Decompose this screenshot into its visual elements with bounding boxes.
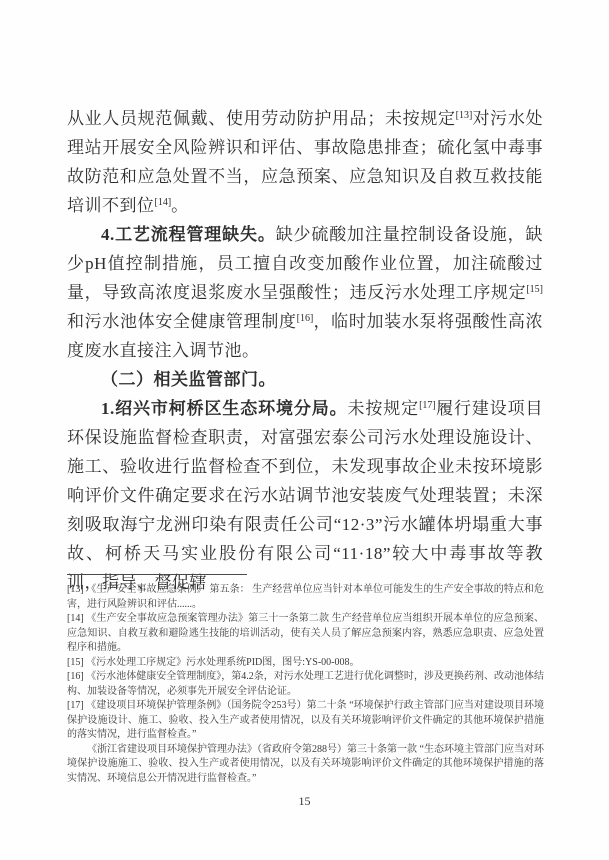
text-run: 从业人员规范佩戴、使用劳动防护用品；未按规定 [67, 109, 456, 128]
body-paragraph: 从业人员规范佩戴、使用劳动防护用品；未按规定[13]对污水处理站开展安全风险辨识… [67, 104, 543, 220]
footnote-list: [13] 《生产安全事故应急条例》 第五条： 生产经营单位应当针对本单位可能发生… [67, 583, 544, 786]
text-run: （二）相关监管部门。 [101, 370, 276, 389]
footnote-item: [16] 《污水池体健康安全管理制度》，第4.2条，对污水处理工艺进行优化调整时… [67, 670, 544, 699]
footnote-ref: [15] [526, 284, 543, 295]
footnote-item: 《浙江省建设项目环境保护管理办法》（省政府令第288号）第三十条第一款 “生态环… [67, 743, 544, 787]
text-run: 4.工艺流程管理缺失。 [101, 225, 276, 244]
footnote-item: [13] 《生产安全事故应急条例》 第五条： 生产经营单位应当针对本单位可能发生… [67, 583, 544, 612]
footnote-item: [17] 《建设项目环境保护管理条例》（国务院令253号）第二十条 “环境保护行… [67, 699, 544, 743]
text-run: 1.绍兴市柯桥区生态环境分局。 [101, 399, 348, 418]
footnote-ref: [13] [456, 110, 473, 121]
footnote-ref: [16] [297, 313, 314, 324]
footnote-ref: [17] [419, 400, 436, 411]
body-paragraph: 1.绍兴市柯桥区生态环境分局。未按规定[17]履行建设项目环保设施监督检查职责，… [67, 394, 543, 597]
body-paragraph: （二）相关监管部门。 [67, 365, 543, 394]
footnote-item: [14] 《生产安全事故应急预案管理办法》第三十一条第二款 生产经营单位应当组织… [67, 612, 544, 656]
page-number: 15 [0, 794, 609, 809]
body-text: 从业人员规范佩戴、使用劳动防护用品；未按规定[13]对污水处理站开展安全风险辨识… [67, 104, 543, 597]
text-run: 未按规定 [348, 399, 420, 418]
text-run: 和污水池体安全健康管理制度 [67, 312, 297, 331]
text-run: 履行建设项目环保设施监督检查职责，对富强宏泰公司污水处理设施设计、施工、验收进行… [67, 399, 543, 592]
footnote-item: [15] 《污水处理工序规定》污水处理系统PID图，图号:YS-00-008。 [67, 656, 544, 671]
footnote-section: [13] 《生产安全事故应急条例》 第五条： 生产经营单位应当针对本单位可能发生… [67, 574, 544, 786]
body-paragraph: 4.工艺流程管理缺失。缺少硫酸加注量控制设备设施，缺少pH值控制措施，员工擅自改… [67, 220, 543, 365]
text-run: 。 [171, 196, 189, 215]
footnote-ref: [14] [155, 197, 172, 208]
document-page: 从业人员规范佩戴、使用劳动防护用品；未按规定[13]对污水处理站开展安全风险辨识… [0, 0, 609, 860]
footnote-separator [67, 574, 247, 575]
